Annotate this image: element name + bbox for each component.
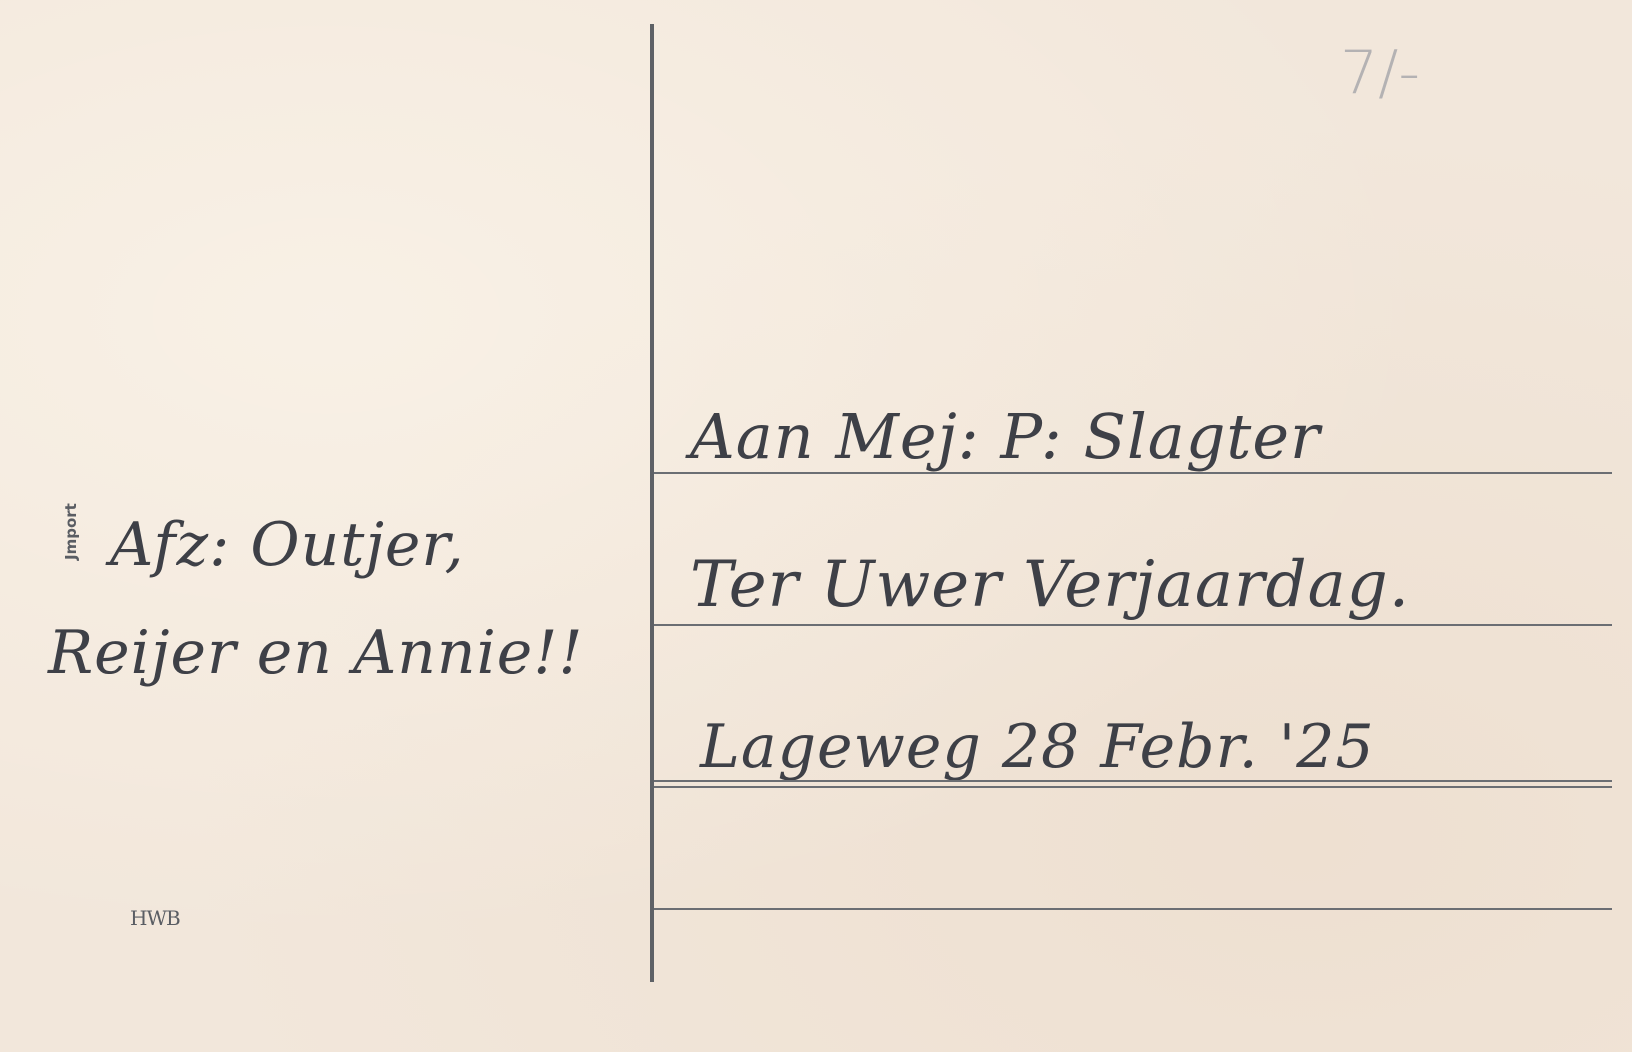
address-line-1: Aan Mej: P: Slagter	[690, 400, 1321, 473]
postcard-back: Jmport Afz: Outjer, Reijer en Annie!! HW…	[0, 0, 1632, 1052]
pencil-note: 7/-	[1340, 38, 1420, 108]
address-rule-4	[654, 908, 1612, 910]
publisher-mark: HWB	[130, 906, 180, 930]
address-rule-2	[654, 624, 1612, 626]
address-rule-3	[654, 780, 1612, 782]
import-label: Jmport	[62, 503, 80, 560]
address-line-3: Lageweg 28 Febr. '25	[700, 712, 1375, 782]
address-line-2: Ter Uwer Verjaardag.	[690, 548, 1410, 622]
center-divider	[650, 24, 654, 982]
sender-line-1: Afz: Outjer,	[110, 510, 465, 580]
sender-line-2: Reijer en Annie!!	[48, 618, 584, 688]
address-rule-1	[654, 472, 1612, 474]
